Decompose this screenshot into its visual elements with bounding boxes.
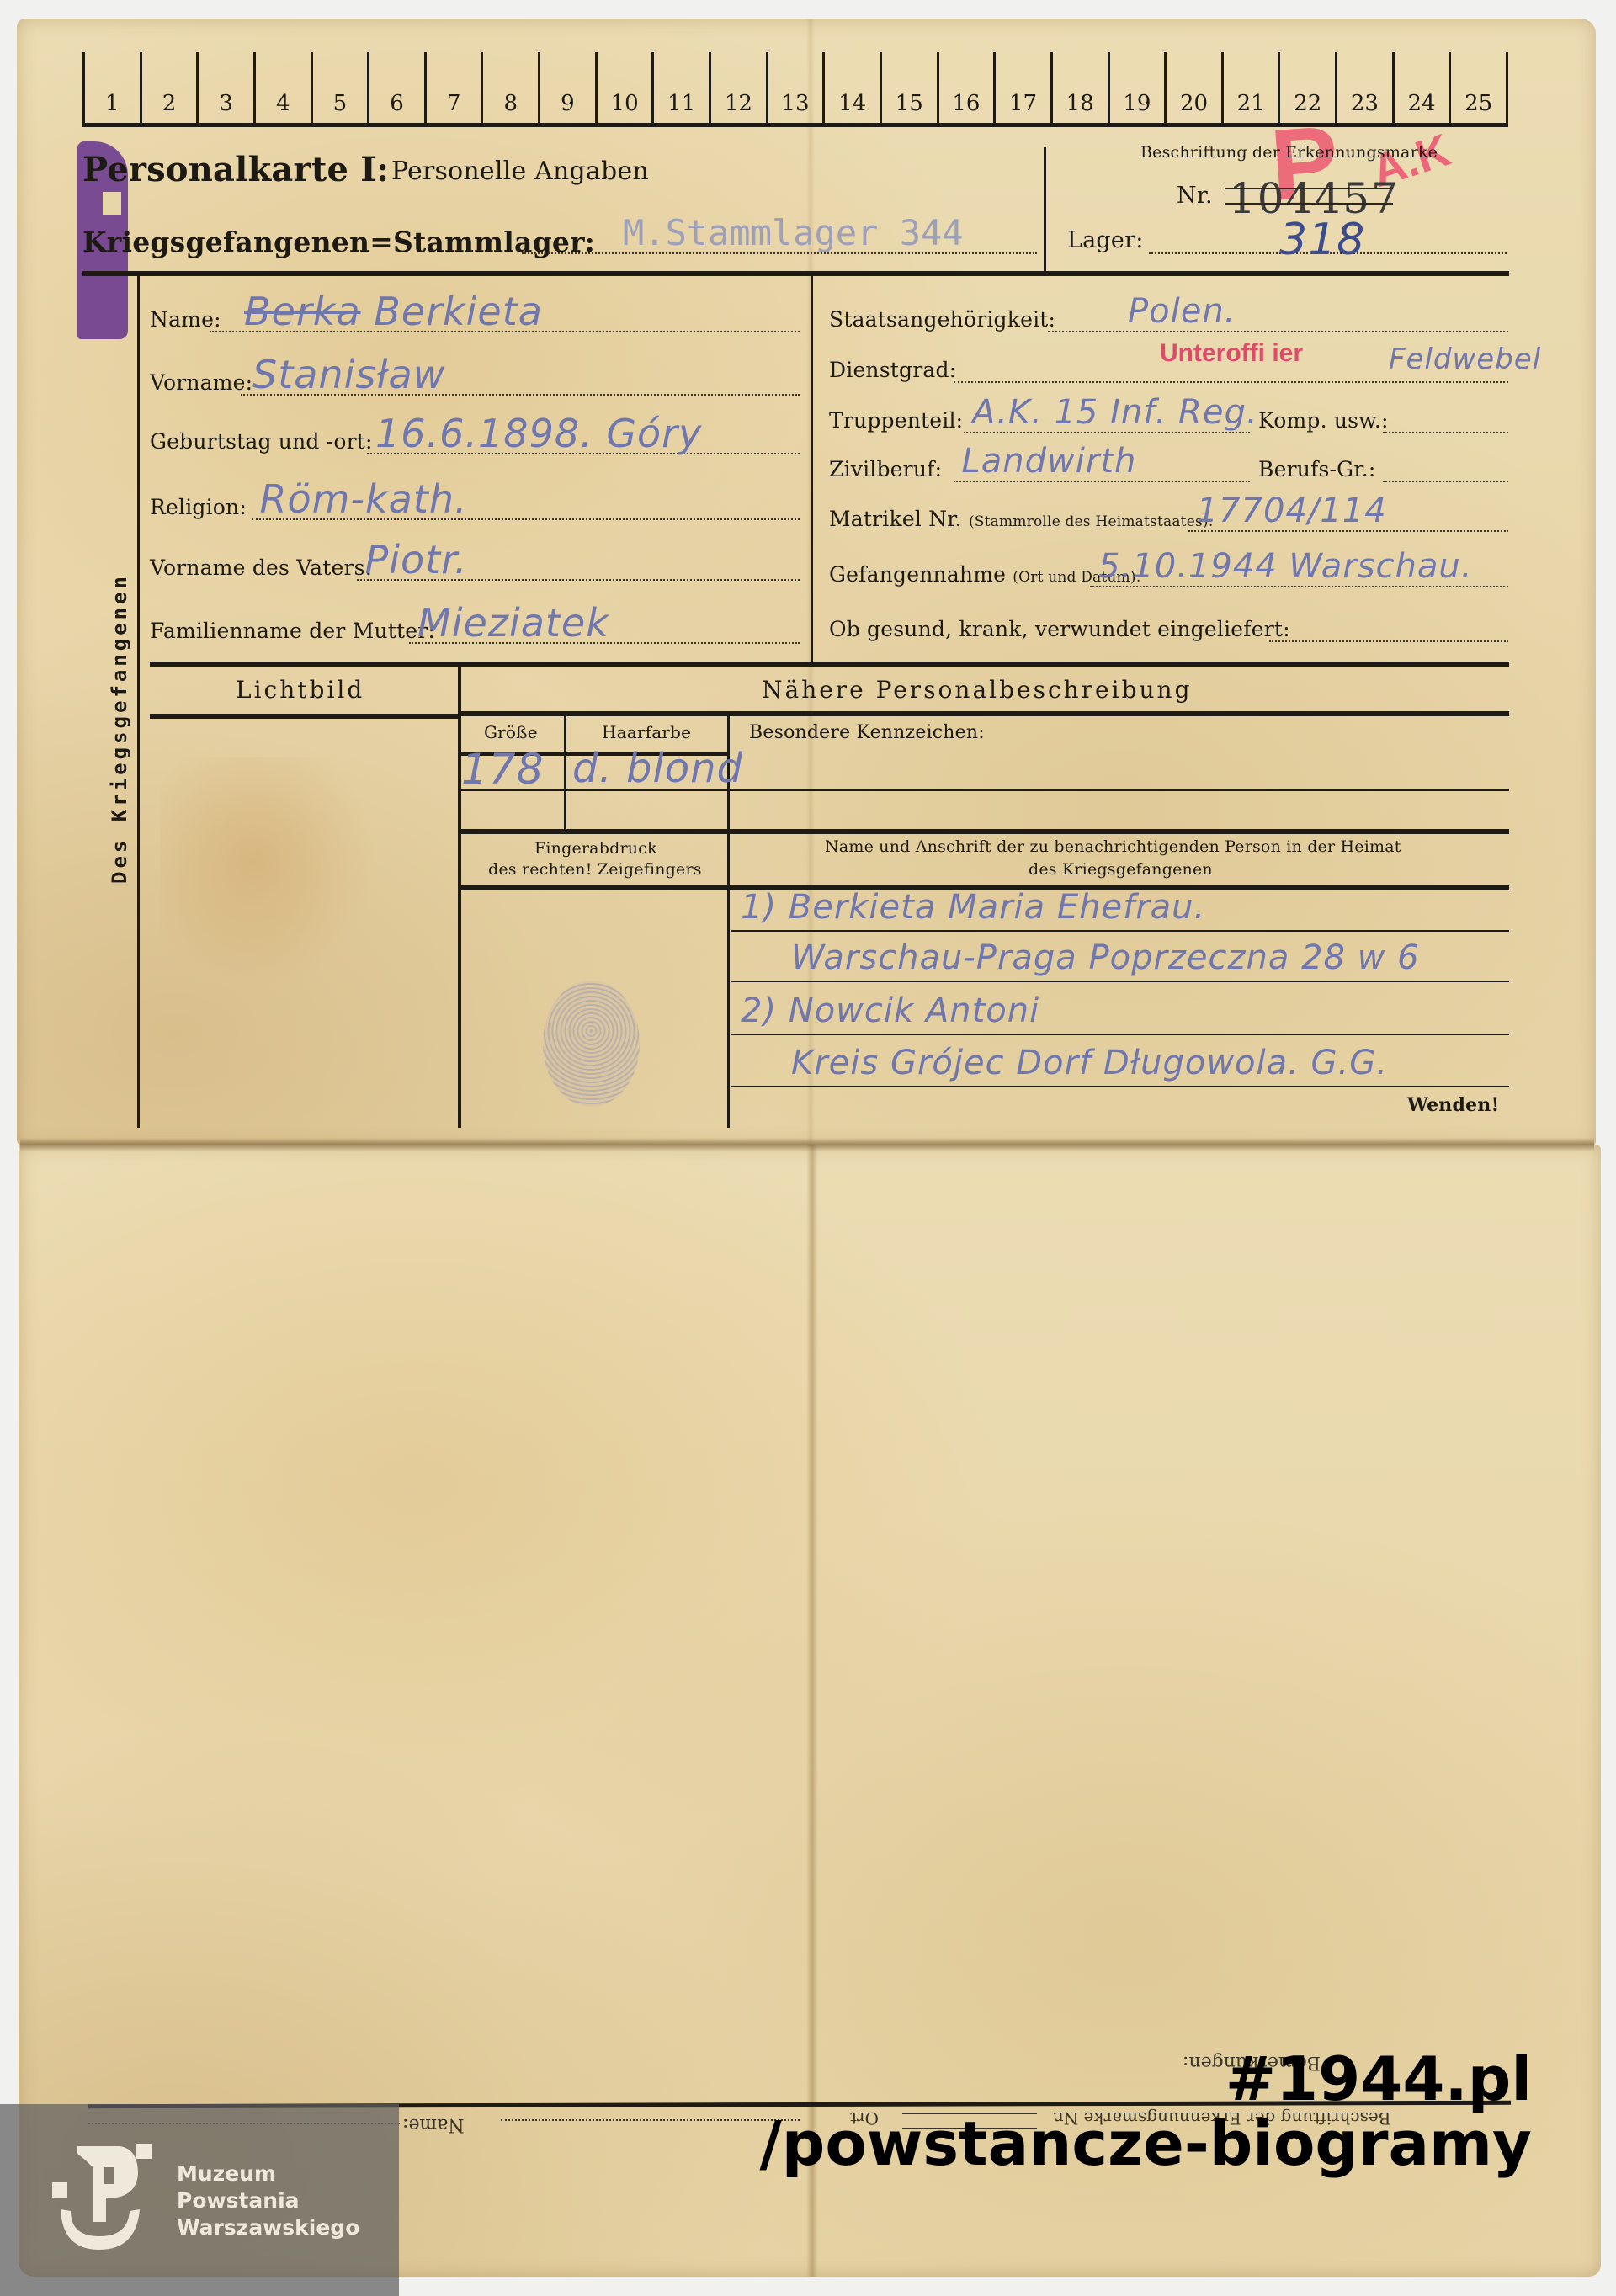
field-label: Zivilberuf:	[829, 457, 942, 481]
lichtbild-rule	[150, 714, 460, 719]
fingerabdruck-label-1: Fingerabdruck	[534, 839, 657, 858]
photo-area	[160, 757, 396, 1010]
groesse-divider	[564, 714, 566, 833]
ruler-cell: 16	[937, 52, 994, 123]
fingerabdruck-label-2: des rechten! Zeigefingers	[488, 860, 702, 879]
ruler-cell: 1	[82, 52, 140, 123]
field-extra-dotted-line	[1383, 432, 1509, 433]
field-extra-label: Komp. usw.:	[1258, 408, 1389, 433]
field-label-text: Zivilberuf:	[829, 457, 942, 481]
field-value: 5.10.1944 Warschau.	[1098, 547, 1472, 586]
field-value: Piotr.	[365, 537, 468, 582]
kennzeichen-rule	[461, 789, 1509, 791]
field-label-text: Staatsangehörigkeit:	[829, 307, 1055, 332]
field-label-note: (Stammrolle des Heimatstaates):	[969, 513, 1214, 530]
museum-name-line-2: Powstania	[177, 2190, 300, 2211]
ruler-cell: 15	[880, 52, 937, 123]
ruler-cell: 6	[367, 52, 424, 123]
header-divider	[1044, 147, 1046, 272]
wenden-label: Wenden!	[1407, 1094, 1499, 1116]
fingerprint	[543, 981, 640, 1107]
ruler-cell: 5	[311, 52, 368, 123]
groesse-value: 178	[461, 745, 544, 794]
ruler-cell: 24	[1392, 52, 1449, 123]
field-label: Staatsangehörigkeit:	[829, 307, 1055, 332]
field-dotted-line	[1188, 530, 1508, 532]
column-divider	[811, 276, 813, 663]
field-label: Vorname:	[150, 370, 252, 395]
field-label-text: Gefangennahme	[829, 562, 1006, 587]
field-value: Röm-kath.	[260, 476, 468, 522]
museum-name-line-1: Muzeum	[177, 2163, 276, 2184]
section-rule	[150, 662, 1509, 667]
header-rule	[82, 271, 1509, 276]
field-value: A.K. 15 Inf. Reg.	[972, 393, 1258, 432]
fingerprint-header-rule	[461, 829, 1509, 834]
contact-line: 2) Nowcik Antoni	[741, 991, 1039, 1030]
field-label: Dienstgrad:	[829, 358, 956, 382]
ruler-cell: 14	[822, 52, 880, 123]
side-divider	[137, 276, 140, 1128]
description-header: Nähere Personalbeschreibung	[762, 676, 1193, 704]
reverse-name: Name:	[402, 2114, 465, 2135]
field-value: 17704/114	[1197, 492, 1387, 530]
erkennungsmarke-label: Beschriftung der Erkennungsmarke	[1140, 143, 1438, 162]
field-label: Geburtstag und -ort:	[150, 429, 373, 454]
field-label-text: Dienstgrad:	[829, 358, 956, 382]
field-dotted-line	[1048, 331, 1508, 332]
lager-label: Lager:	[1067, 227, 1144, 253]
anchor-kotwica-icon	[52, 2142, 153, 2251]
museum-name-line-3: Warszawskiego	[177, 2217, 359, 2238]
stammlager-label: Kriegsgefangenen=Stammlager:	[82, 226, 595, 258]
field-extra-label: Berufs-Gr.:	[1258, 457, 1376, 481]
contact-header-2: des Kriegsgefangenen	[1029, 860, 1213, 879]
card-subtitle: Personelle Angaben	[391, 157, 649, 186]
description-rule	[461, 711, 1509, 716]
contact-line: Kreis Grójec Dorf Długowola. G.G.	[791, 1044, 1388, 1082]
nr-label: Nr.	[1177, 183, 1213, 209]
field-value: Feldwebel	[1389, 343, 1541, 376]
ruler-cell: 20	[1164, 52, 1221, 123]
ruler-cell: 3	[196, 52, 253, 123]
card-title: Personalkarte I:	[82, 150, 389, 189]
lager-value: 318	[1279, 215, 1365, 265]
ruler-cell: 12	[709, 52, 766, 123]
field-value: Mieziatek	[417, 600, 609, 646]
ruler-cell: 13	[766, 52, 823, 123]
field-label: Religion:	[150, 495, 247, 519]
field-value: 16.6.1898. Góry	[375, 411, 702, 456]
ruler-cell: 25	[1449, 52, 1508, 123]
ruler-cell: 17	[993, 52, 1050, 123]
field-label-text: Ob gesund, krank, verwundet eingeliefert…	[829, 617, 1290, 641]
field-label: Truppenteil:	[829, 408, 963, 433]
field-dotted-line	[954, 481, 1251, 482]
field-label: Gefangennahme (Ort und Datum):	[829, 562, 1141, 587]
hashtag-1944-watermark: #1944.pl	[1225, 2044, 1532, 2114]
side-label: Des Kriegsgefangenen	[108, 573, 131, 884]
ruler-cell: 11	[651, 52, 709, 123]
contact-rule	[731, 981, 1509, 982]
contact-line: Warschau-Praga Poprzeczna 28 w 6	[791, 938, 1420, 977]
powstancze-biogramy-watermark: /powstancze-biogramy	[759, 2108, 1532, 2179]
ruler-cell: 8	[481, 52, 538, 123]
ruler-cell: 18	[1050, 52, 1108, 123]
ruler-cell: 7	[424, 52, 481, 123]
field-value: Berka Berkieta	[244, 289, 543, 334]
field-label: Vorname des Vaters:	[150, 555, 372, 580]
ruler-cell: 10	[595, 52, 652, 123]
fold-crease-horizontal	[20, 1138, 1594, 1151]
field-label: Familienname der Mutter:	[150, 619, 435, 643]
field-extra-dotted-line	[1383, 481, 1509, 482]
contact-rule	[731, 1034, 1509, 1035]
contact-line: 1) Berkieta Maria Ehefrau.	[741, 888, 1205, 927]
corrected-name: Berkieta	[374, 289, 543, 334]
field-label: Name:	[150, 307, 221, 332]
field-dotted-line	[954, 381, 1509, 383]
field-label-text: Matrikel Nr.	[829, 507, 962, 531]
field-value: Polen.	[1128, 292, 1236, 331]
field-value: Landwirth	[962, 442, 1137, 481]
reverse-dotted-2	[501, 2119, 800, 2121]
ruler-cell: 19	[1108, 52, 1165, 123]
contact-rule	[731, 1086, 1509, 1087]
field-label: Ob gesund, krank, verwundet eingeliefert…	[829, 617, 1290, 641]
contact-rule	[731, 930, 1509, 932]
ruler-cell: 2	[140, 52, 197, 123]
groesse-label: Größe	[484, 722, 538, 742]
field-dotted-line	[1269, 640, 1509, 642]
rank-stamp: Unteroffi ier	[1160, 339, 1303, 368]
haarfarbe-value: d. blond	[572, 745, 743, 792]
field-dotted-line	[964, 432, 1250, 433]
contact-header-1: Name und Anschrift der zu benachrichtige…	[825, 837, 1401, 856]
field-label: Matrikel Nr. (Stammrolle des Heimatstaat…	[829, 507, 1214, 531]
field-label-text: Truppenteil:	[829, 408, 963, 433]
fold-crease-vertical	[806, 1145, 818, 2277]
struck-name: Berka	[244, 289, 361, 334]
field-value: Stanisław	[252, 352, 445, 397]
ruler-cell: 23	[1335, 52, 1392, 123]
haarfarbe-label: Haarfarbe	[602, 722, 691, 742]
kennzeichen-label: Besondere Kennzeichen:	[749, 722, 985, 743]
field-dotted-line	[1090, 586, 1508, 587]
lichtbild-divider	[458, 665, 461, 1128]
ruler-cell: 9	[538, 52, 595, 123]
ruler-cell: 4	[253, 52, 311, 123]
stammlager-value: M.Stammlager 344	[623, 212, 964, 253]
lichtbild-label: Lichtbild	[236, 676, 364, 704]
nr-strikethrough	[1225, 188, 1393, 205]
